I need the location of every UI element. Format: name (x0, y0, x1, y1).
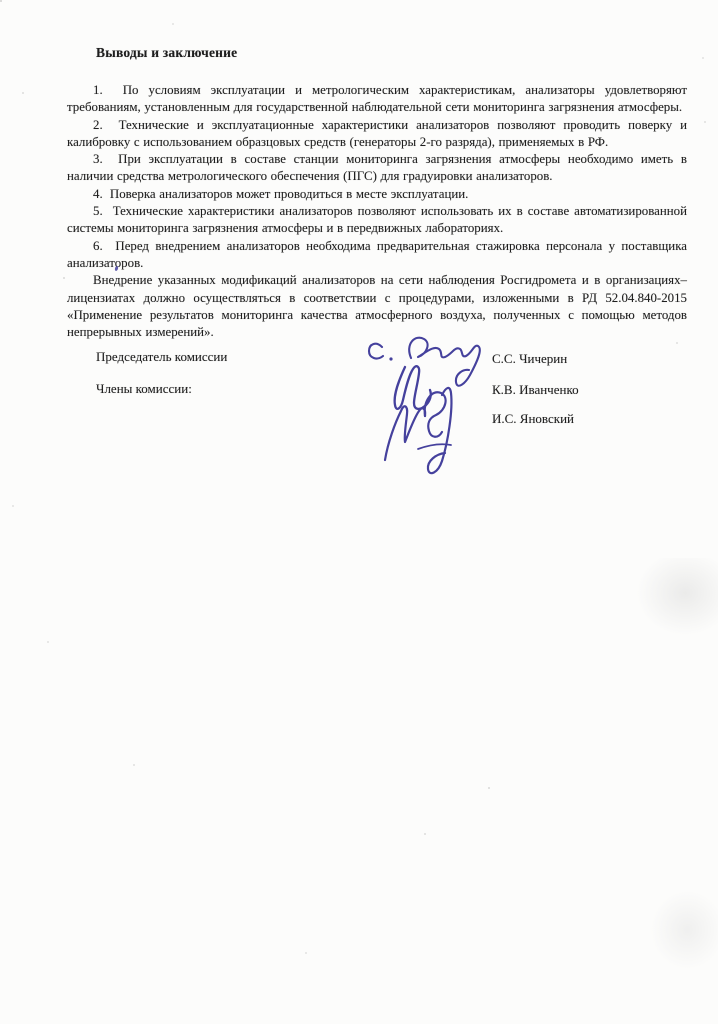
members-label: Члены комиссии: (96, 382, 192, 395)
signature-chairman-dot (389, 357, 392, 360)
document-heading: Выводы и заключение (96, 45, 687, 61)
handwritten-signatures-ink (355, 330, 505, 490)
conclusion-item-1: 1. По условиям эксплуатации и метрологич… (67, 82, 687, 117)
conclusion-item-6: 6. Перед внедрением анализаторов необход… (67, 238, 687, 273)
chairman-label: Председатель комиссии (96, 350, 227, 363)
conclusion-item-4: 4. Поверка анализаторов может проводитьс… (67, 186, 687, 203)
scan-smudge (650, 890, 718, 970)
conclusion-item-5: 5. Технические характеристики анализатор… (67, 203, 687, 238)
scan-speckles (0, 0, 2, 2)
scanned-document-page: Выводы и заключение 1. По условиям экспл… (0, 0, 718, 1024)
signature-chairman (369, 344, 383, 359)
signature-member-2-loop (425, 392, 446, 437)
signature-member-2-tail (428, 388, 452, 473)
scan-smudge (636, 558, 718, 636)
signature-member-2-m (385, 406, 425, 460)
conclusion-item-3: 3. При эксплуатации в составе станции мо… (67, 151, 687, 186)
conclusion-item-2: 2. Технические и эксплуатационные характ… (67, 117, 687, 152)
signature-chairman-flourish (409, 338, 480, 386)
